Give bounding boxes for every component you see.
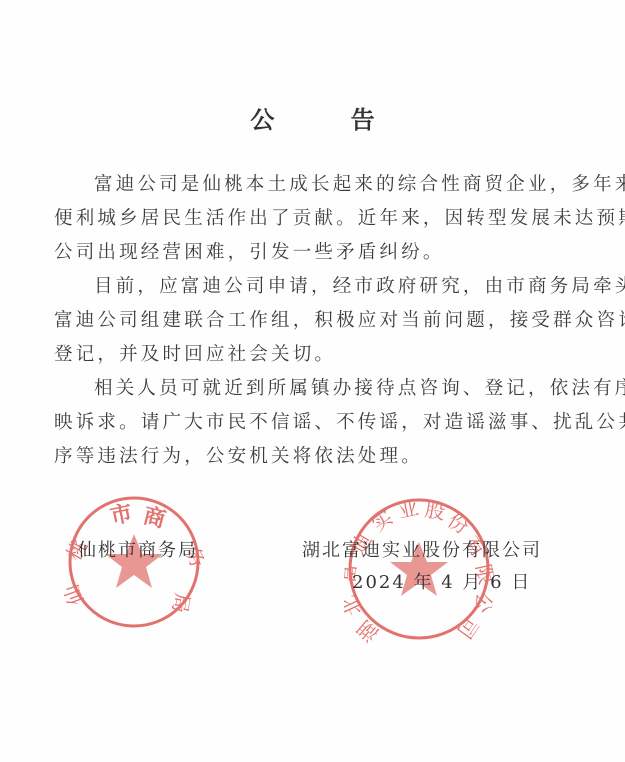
signature-left: 仙桃市商务局 — [78, 536, 198, 562]
svg-text:股: 股 — [423, 497, 447, 524]
svg-text:湖: 湖 — [352, 615, 383, 644]
paragraph-3-line-1: 相关人员可就近到所属镇办接待点咨询、登记，依法有序反 — [54, 372, 574, 406]
document-body: 富迪公司是仙桃本土成长起来的综合性商贸企业，多年来为 便利城乡居民生活作出了贡献… — [54, 168, 574, 474]
svg-text:北: 北 — [344, 592, 367, 620]
svg-text:商: 商 — [141, 503, 169, 534]
paragraph-3-line-3: 序等违法行为，公安机关将依法处理。 — [54, 440, 574, 474]
paragraph-3-line-2: 映诉求。请广大市民不信谣、不传谣，对造谣滋事、扰乱公共秩 — [54, 406, 574, 440]
svg-text:司: 司 — [452, 613, 483, 643]
paragraph-1-line-2: 便利城乡居民生活作出了贡献。近年来，因转型发展未达预期， — [54, 202, 574, 236]
signature-date: 2024 年 4 月 6 日 — [352, 568, 531, 594]
svg-text:局: 局 — [168, 591, 195, 615]
signature-right: 湖北富迪实业股份有限公司 — [302, 536, 542, 562]
paragraph-2-line-1: 目前，应富迪公司申请，经市政府研究，由市商务局牵头与 — [54, 270, 574, 304]
svg-text:市: 市 — [108, 500, 135, 530]
paragraph-1-line-3: 公司出现经营困难，引发一些矛盾纠纷。 — [54, 236, 574, 270]
paragraph-2-line-3: 登记，并及时回应社会关切。 — [54, 338, 574, 372]
seal-left-icon: 市 商 桃 仙 局 务 — [64, 492, 204, 632]
svg-text:实: 实 — [367, 505, 397, 536]
svg-text:公: 公 — [470, 591, 494, 615]
svg-text:份: 份 — [443, 508, 473, 539]
paragraph-2-line-2: 富迪公司组建联合工作组，积极应对当前问题，接受群众咨询、 — [54, 304, 574, 338]
document-page: 公 告 富迪公司是仙桃本土成长起来的综合性商贸企业，多年来为 便利城乡居民生活作… — [0, 0, 625, 762]
paragraph-1-line-1: 富迪公司是仙桃本土成长起来的综合性商贸企业，多年来为 — [54, 168, 574, 202]
page-title: 公 告 — [0, 100, 625, 135]
